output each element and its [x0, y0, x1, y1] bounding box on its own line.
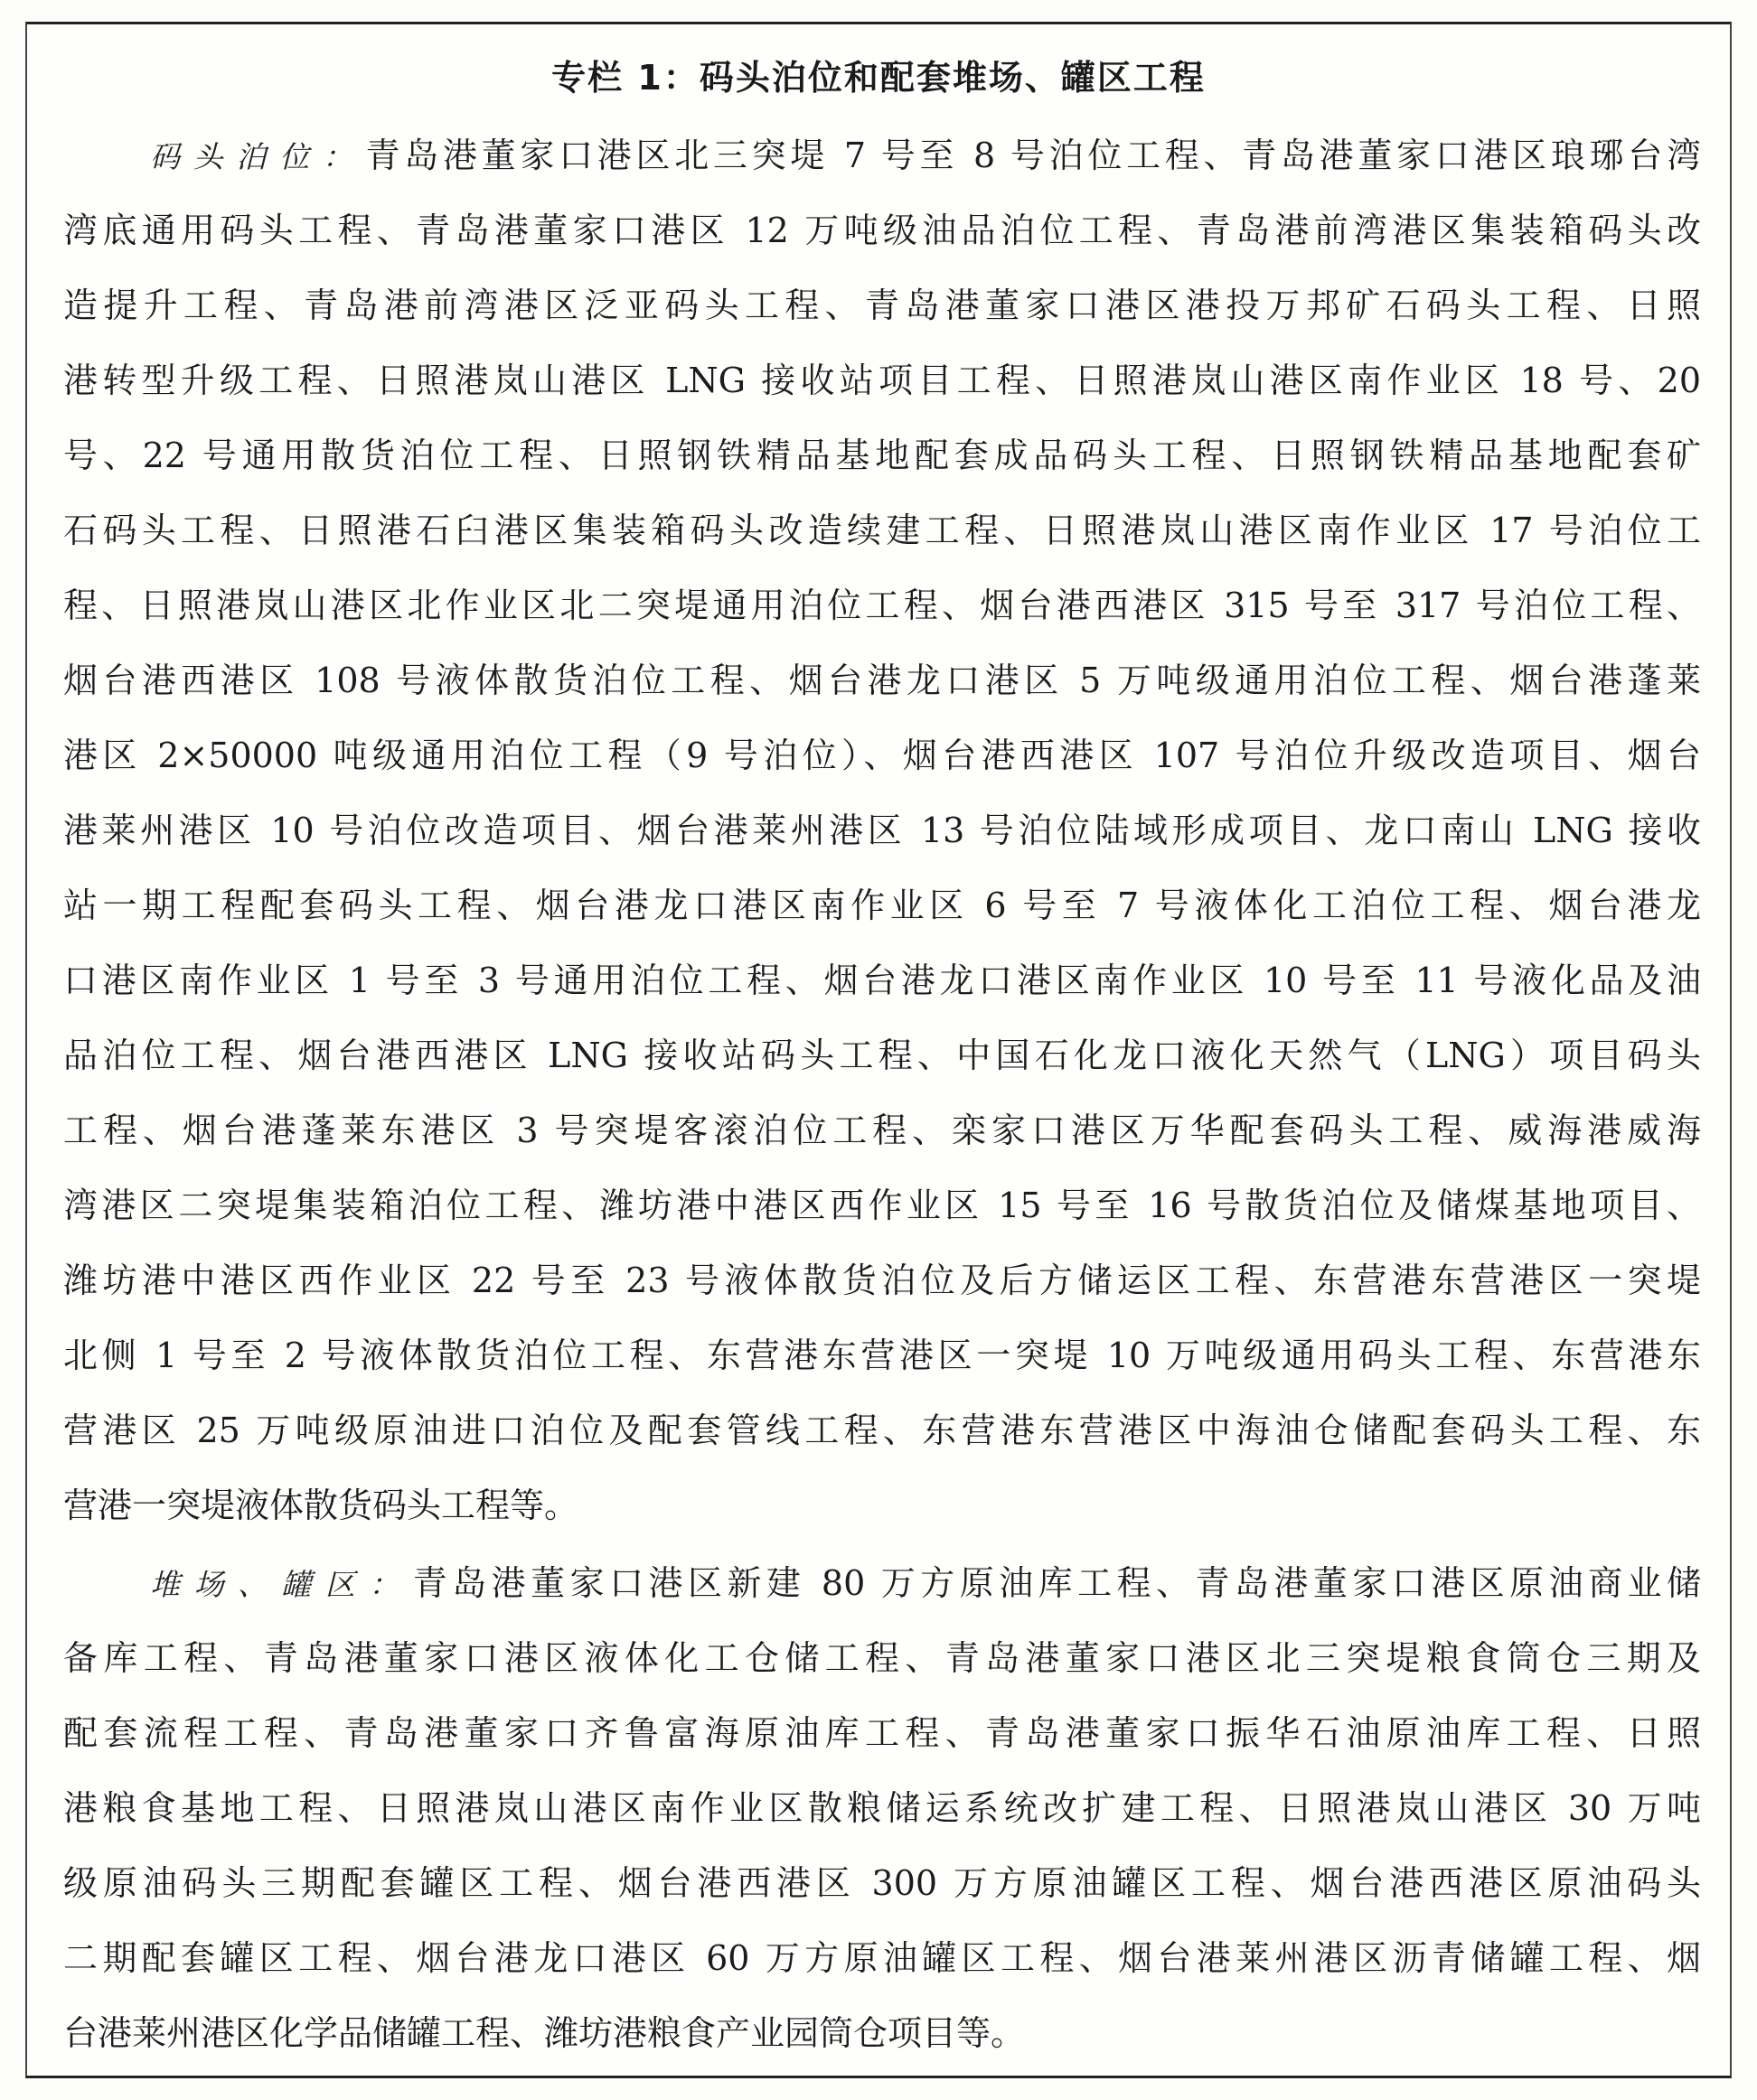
- text-line: 北侧 1 号至 2 号液体散货泊位工程、东营港东营港区一突堤 10 万吨级通用码…: [63, 1318, 1701, 1393]
- text-line: 堆场、罐区：青岛港董家口港区新建 80 万方原油库工程、青岛港董家口港区原油商业…: [63, 1546, 1701, 1621]
- text-line: 石码头工程、日照港石臼港区集装箱码头改造续建工程、日照港岚山港区南作业区 17 …: [63, 493, 1701, 568]
- text-line: 口港区南作业区 1 号至 3 号通用泊位工程、烟台港龙口港区南作业区 10 号至…: [63, 943, 1701, 1018]
- text-line: 造提升工程、青岛港前湾港区泛亚码头工程、青岛港董家口港区港投万邦矿石码头工程、日…: [63, 268, 1701, 343]
- text-line: 营港一突堤液体散货码头工程等。: [63, 1468, 1701, 1543]
- text-line: 品泊位工程、烟台港西港区 LNG 接收站码头工程、中国石化龙口液化天然气（LNG…: [63, 1018, 1701, 1093]
- text-line: 湾底通用码头工程、青岛港董家口港区 12 万吨级油品泊位工程、青岛港前湾港区集装…: [63, 193, 1701, 268]
- text-line: 营港区 25 万吨级原油进口泊位及配套管线工程、东营港东营港区中海油仓储配套码头…: [63, 1393, 1701, 1468]
- column-title: 专栏 1：码头泊位和配套堆场、罐区工程: [27, 55, 1730, 100]
- section-yards-tanks: 堆场、罐区：青岛港董家口港区新建 80 万方原油库工程、青岛港董家口港区原油商业…: [63, 1546, 1701, 2071]
- text-line: 港莱州港区 10 号泊位改造项目、烟台港莱州港区 13 号泊位陆域形成项目、龙口…: [63, 793, 1701, 868]
- text-line: 码头泊位：青岛港董家口港区北三突堤 7 号至 8 号泊位工程、青岛港董家口港区琅…: [63, 118, 1701, 193]
- text-line: 港区 2×50000 吨级通用泊位工程（9 号泊位）、烟台港西港区 107 号泊…: [63, 718, 1701, 793]
- text-line: 号、22 号通用散货泊位工程、日照钢铁精品基地配套成品码头工程、日照钢铁精品基地…: [63, 418, 1701, 493]
- text-line: 港粮食基地工程、日照港岚山港区南作业区散粮储运系统改扩建工程、日照港岚山港区 3…: [63, 1771, 1701, 1846]
- text-line: 工程、烟台港蓬莱东港区 3 号突堤客滚泊位工程、栾家口港区万华配套码头工程、威海…: [63, 1093, 1701, 1168]
- text-line: 烟台港西港区 108 号液体散货泊位工程、烟台港龙口港区 5 万吨级通用泊位工程…: [63, 643, 1701, 718]
- column-box: 专栏 1：码头泊位和配套堆场、罐区工程 码头泊位：青岛港董家口港区北三突堤 7 …: [25, 22, 1732, 2078]
- text-line: 台港莱州港区化学品储罐工程、潍坊港粮食产业园筒仓项目等。: [63, 1996, 1701, 2071]
- section-label: 堆场、罐区：: [150, 1567, 413, 1602]
- section-label: 码头泊位：: [150, 139, 366, 174]
- text-line: 配套流程工程、青岛港董家口齐鲁富海原油库工程、青岛港董家口振华石油原油库工程、日…: [63, 1696, 1701, 1771]
- text-line: 级原油码头三期配套罐区工程、烟台港西港区 300 万方原油罐区工程、烟台港西港区…: [63, 1846, 1701, 1921]
- text-line: 站一期工程配套码头工程、烟台港龙口港区南作业区 6 号至 7 号液体化工泊位工程…: [63, 868, 1701, 943]
- text-line: 潍坊港中港区西作业区 22 号至 23 号液体散货泊位及后方储运区工程、东营港东…: [63, 1243, 1701, 1318]
- section-berths: 码头泊位：青岛港董家口港区北三突堤 7 号至 8 号泊位工程、青岛港董家口港区琅…: [63, 118, 1701, 1543]
- text-line: 二期配套罐区工程、烟台港龙口港区 60 万方原油罐区工程、烟台港莱州港区沥青储罐…: [63, 1921, 1701, 1996]
- text-line: 备库工程、青岛港董家口港区液体化工仓储工程、青岛港董家口港区北三突堤粮食筒仓三期…: [63, 1621, 1701, 1696]
- text-line: 程、日照港岚山港区北作业区北二突堤通用泊位工程、烟台港西港区 315 号至 31…: [63, 568, 1701, 643]
- text-line: 港转型升级工程、日照港岚山港区 LNG 接收站项目工程、日照港岚山港区南作业区 …: [63, 343, 1701, 418]
- text-line: 湾港区二突堤集装箱泊位工程、潍坊港中港区西作业区 15 号至 16 号散货泊位及…: [63, 1168, 1701, 1243]
